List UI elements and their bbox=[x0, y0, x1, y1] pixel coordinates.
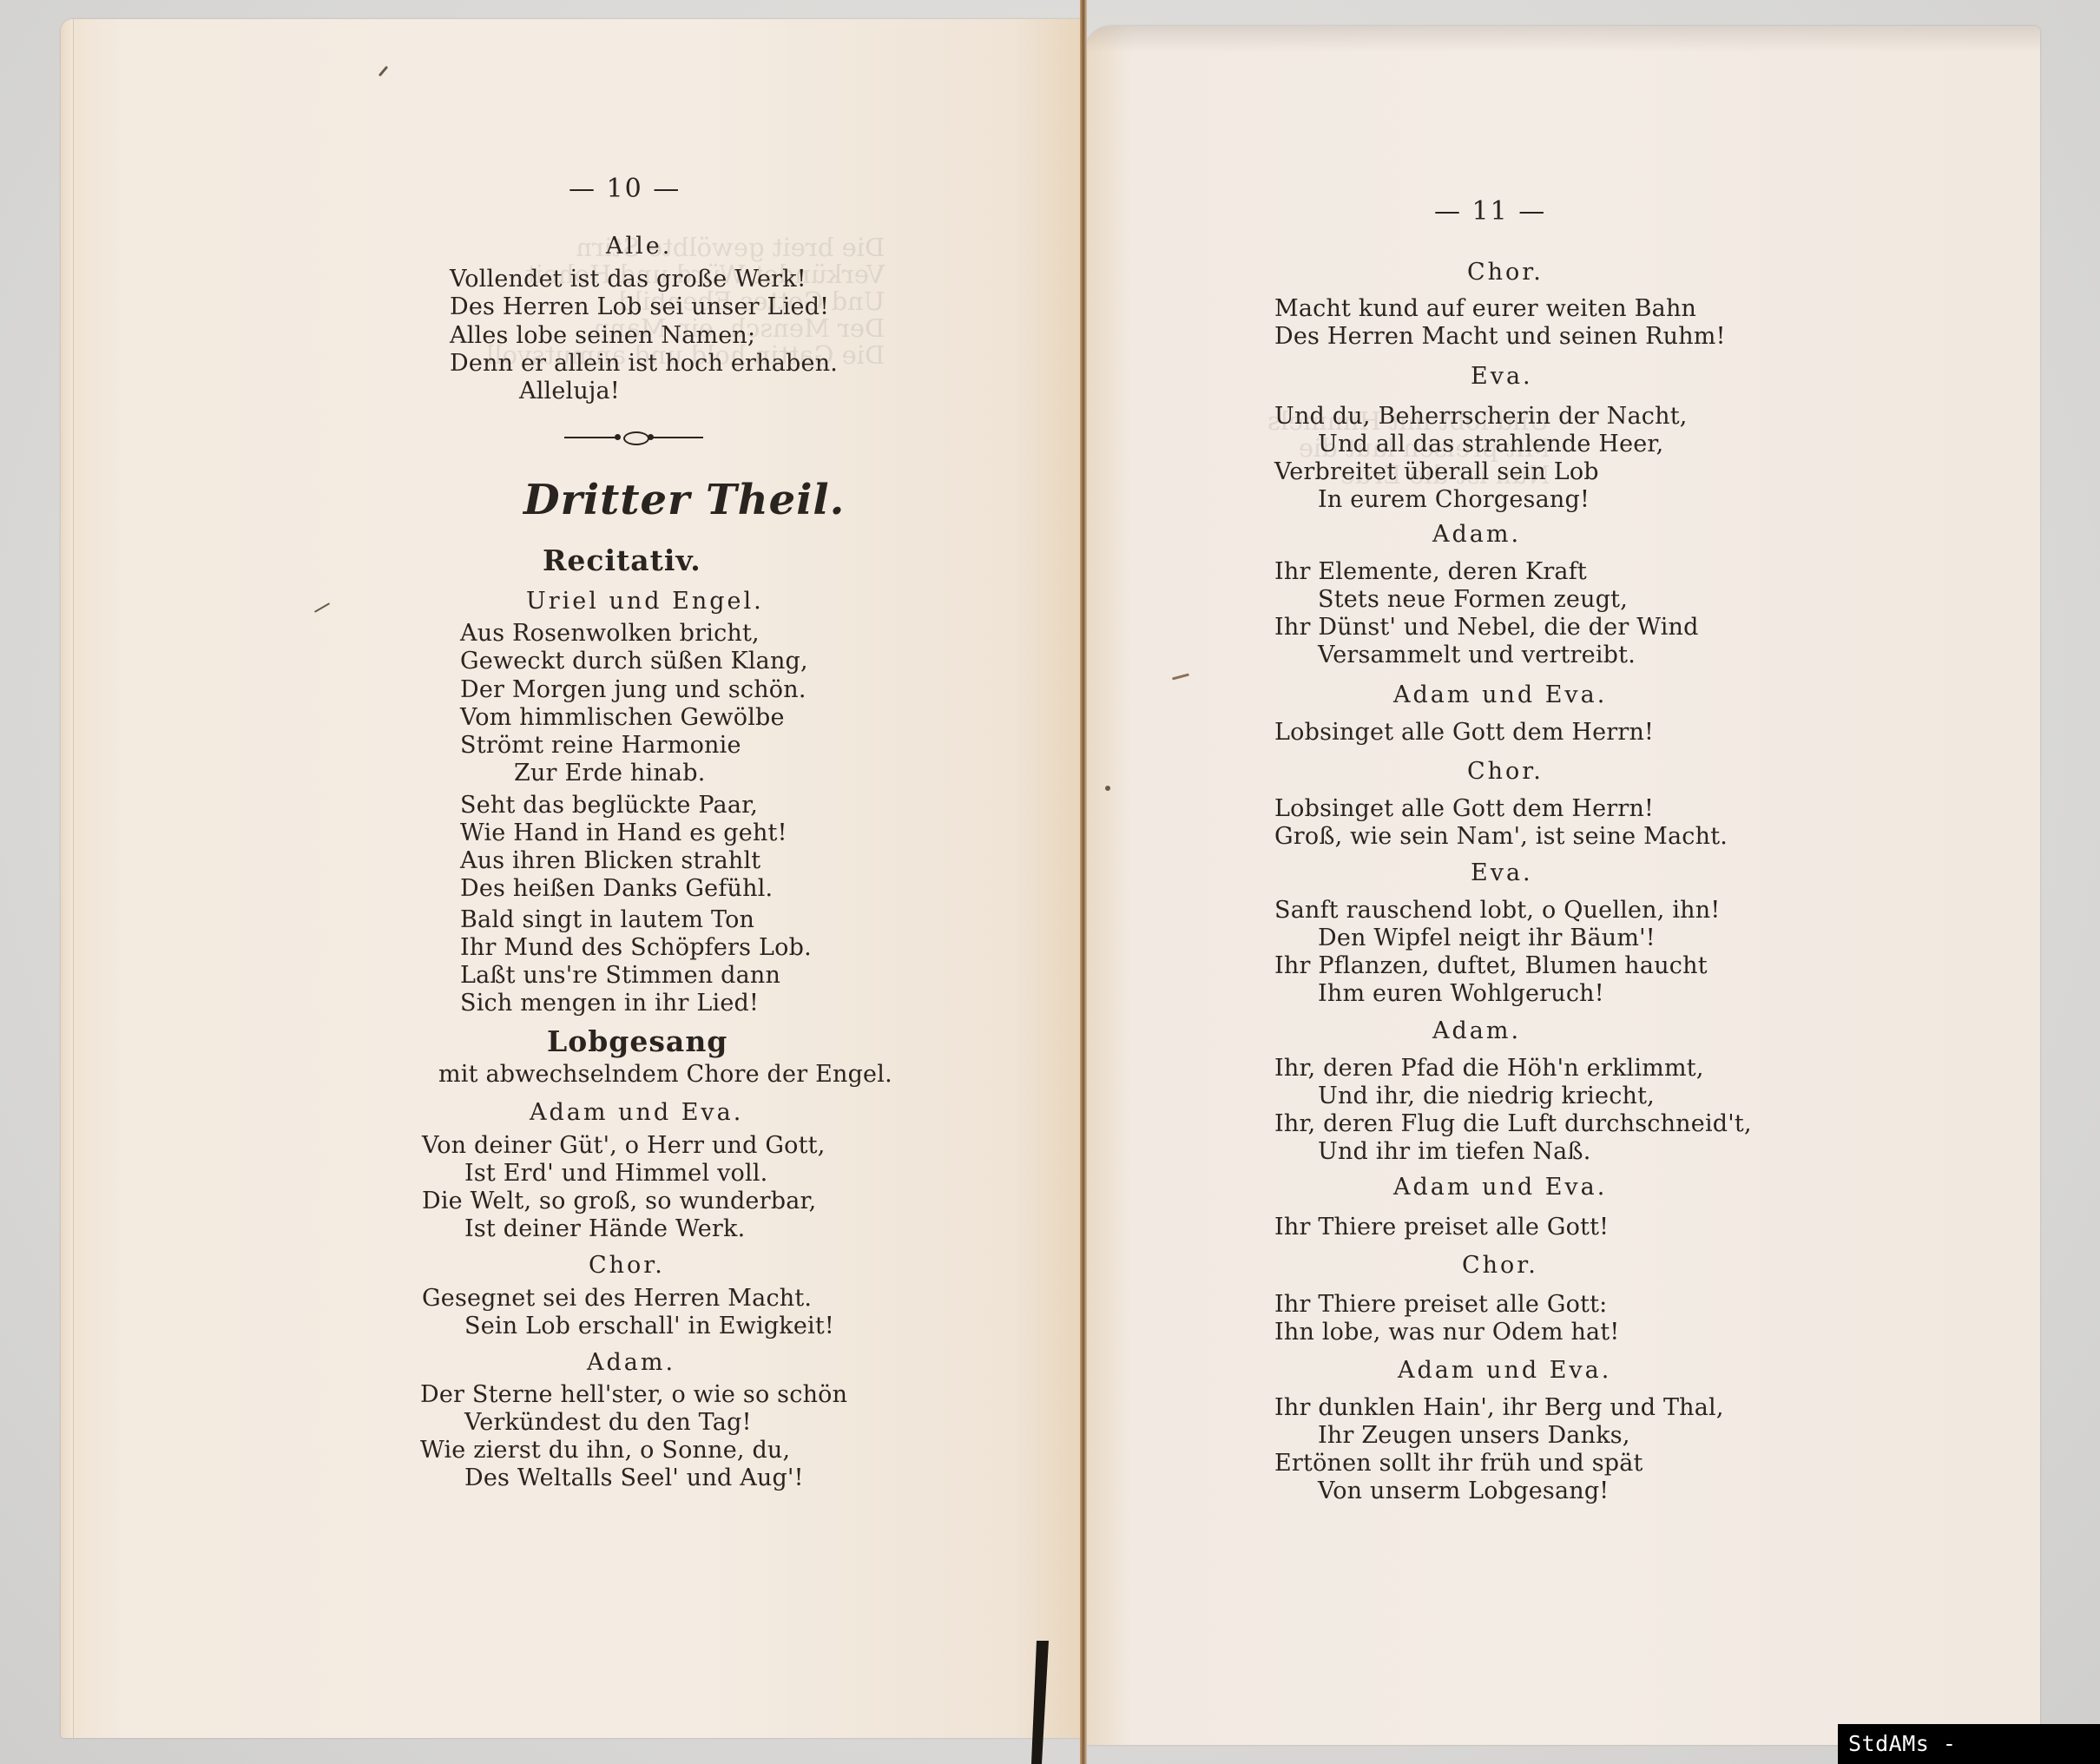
verse-line: Und all das strahlende Heer, bbox=[1318, 431, 1663, 457]
verse-line: Verkündest du den Tag! bbox=[464, 1409, 752, 1436]
speaker-label: Adam und Eva. bbox=[1393, 1174, 1607, 1201]
verse-line: Alleluja! bbox=[519, 378, 620, 405]
verse-line: Aus ihren Blicken strahlt bbox=[460, 847, 760, 874]
verse-line: Der Sterne hell'ster, o wie so schön bbox=[420, 1381, 847, 1408]
speaker-label: Adam und Eva. bbox=[530, 1099, 743, 1126]
verse-line: Macht kund auf eurer weiten Bahn bbox=[1274, 295, 1696, 322]
verse-line: Wie Hand in Hand es geht! bbox=[460, 819, 787, 846]
verse-line: Ihr Dünst' und Nebel, die der Wind bbox=[1274, 614, 1699, 641]
verse-line: Von unserm Lobgesang! bbox=[1318, 1478, 1609, 1504]
verse-line: Seht das beglückte Paar, bbox=[460, 792, 758, 819]
verse-line: Ihr Mund des Schöpfers Lob. bbox=[460, 934, 812, 961]
speaker-label: Eva. bbox=[1471, 363, 1533, 390]
verse-line: Ist deiner Hände Werk. bbox=[464, 1215, 745, 1242]
verse-line: Ertönen sollt ihr früh und spät bbox=[1274, 1450, 1643, 1477]
speaker-label: Adam. bbox=[1432, 1017, 1521, 1044]
verse-line: Des Herren Macht und seinen Ruhm! bbox=[1274, 323, 1726, 350]
verse-line: Und du, Beherrscherin der Nacht, bbox=[1274, 403, 1688, 430]
page-number-left: — 10 — bbox=[569, 175, 681, 202]
recitative-heading: Recitativ. bbox=[543, 547, 701, 574]
verse-line: Ihr, deren Pfad die Höh'n erklimmt, bbox=[1274, 1055, 1704, 1082]
verse-line: Des Weltalls Seel' und Aug'! bbox=[464, 1465, 804, 1491]
verse-line: Ihr Elemente, deren Kraft bbox=[1274, 558, 1587, 585]
verse-line: In eurem Chorgesang! bbox=[1318, 486, 1590, 513]
speaker-label: Chor. bbox=[589, 1252, 665, 1279]
verse-line: Sein Lob erschall' in Ewigkeit! bbox=[464, 1313, 834, 1339]
verse-line: Strömt reine Harmonie bbox=[460, 732, 741, 759]
verse-line: Stets neue Formen zeugt, bbox=[1318, 586, 1628, 613]
speaker-label: Alle. bbox=[606, 233, 672, 260]
speaker-label: Adam. bbox=[587, 1349, 675, 1376]
section-divider-ornament bbox=[564, 429, 703, 446]
verse-line: Denn er allein ist hoch erhaben. bbox=[450, 350, 838, 377]
verse-line: Den Wipfel neigt ihr Bäum'! bbox=[1318, 925, 1656, 951]
speaker-label: Chor. bbox=[1467, 758, 1544, 785]
speaker-label: Adam und Eva. bbox=[1393, 681, 1607, 708]
verse-line: Lobsinget alle Gott dem Herrn! bbox=[1274, 719, 1654, 746]
speaker-label: Chor. bbox=[1467, 259, 1544, 286]
left-page-stacked-edge bbox=[61, 19, 74, 1738]
speaker-label: Chor. bbox=[1462, 1252, 1538, 1279]
speaker-label: Eva. bbox=[1471, 859, 1533, 886]
verse-line: Laßt uns're Stimmen dann bbox=[460, 962, 780, 989]
verse-line: Ist Erd' und Himmel voll. bbox=[464, 1160, 767, 1187]
verse-line: Sanft rauschend lobt, o Quellen, ihn! bbox=[1274, 897, 1720, 924]
verse-line: Ihn lobe, was nur Odem hat! bbox=[1274, 1319, 1619, 1346]
verse-line: Groß, wie sein Nam', ist seine Macht. bbox=[1274, 823, 1728, 850]
verse-line: Aus Rosenwolken bricht, bbox=[460, 620, 760, 647]
verse-line: Von deiner Güt', o Herr und Gott, bbox=[422, 1132, 826, 1159]
verse-line: Ihr Zeugen unsers Danks, bbox=[1318, 1422, 1630, 1449]
hymn-heading: Lobgesang bbox=[547, 1028, 727, 1055]
speaker-label: Adam und Eva. bbox=[1398, 1357, 1611, 1384]
verse-line: Ihm euren Wohlgeruch! bbox=[1318, 980, 1604, 1007]
verse-line: Versammelt und vertreibt. bbox=[1318, 642, 1636, 668]
verse-line: Und ihr im tiefen Naß. bbox=[1318, 1138, 1591, 1165]
paper-speck bbox=[1105, 786, 1110, 791]
speaker-label: Adam. bbox=[1432, 521, 1521, 548]
verse-line: Vom himmlischen Gewölbe bbox=[460, 704, 785, 731]
verse-line: Verbreitet überall sein Lob bbox=[1274, 458, 1599, 485]
verse-line: Geweckt durch süßen Klang, bbox=[460, 648, 808, 675]
speaker-label: Uriel und Engel. bbox=[526, 588, 764, 615]
archive-id-label: StdAMs - MV_004_609 bbox=[1838, 1724, 2100, 1764]
verse-line: Gesegnet sei des Herren Macht. bbox=[422, 1285, 812, 1312]
hymn-subtitle: mit abwechselndem Chore der Engel. bbox=[438, 1061, 892, 1088]
verse-line: Zur Erde hinab. bbox=[514, 760, 705, 787]
verse-line: Lobsinget alle Gott dem Herrn! bbox=[1274, 795, 1654, 822]
right-page-curl-shadow bbox=[1085, 26, 2040, 52]
verse-line: Des Herren Lob sei unser Lied! bbox=[450, 293, 829, 320]
book-gutter bbox=[1080, 0, 1087, 1764]
verse-line: Ihr Pflanzen, duftet, Blumen haucht bbox=[1274, 952, 1708, 979]
page-number-right: — 11 — bbox=[1434, 198, 1546, 225]
verse-line: Ihr dunklen Hain', ihr Berg und Thal, bbox=[1274, 1394, 1724, 1421]
verse-line: Sich mengen in ihr Lied! bbox=[460, 990, 759, 1017]
verse-line: Die Welt, so groß, so wunderbar, bbox=[422, 1188, 816, 1214]
part-title: Dritter Theil. bbox=[523, 476, 845, 524]
verse-line: Wie zierst du ihn, o Sonne, du, bbox=[420, 1437, 790, 1464]
verse-line: Ihr Thiere preiset alle Gott: bbox=[1274, 1291, 1607, 1318]
verse-line: Ihr, deren Flug die Luft durchschneid't, bbox=[1274, 1110, 1752, 1137]
verse-line: Alles lobe seinen Namen; bbox=[450, 322, 755, 349]
verse-line: Ihr Thiere preiset alle Gott! bbox=[1274, 1214, 1609, 1241]
verse-line: Und ihr, die niedrig kriecht, bbox=[1318, 1083, 1655, 1109]
verse-line: Bald singt in lautem Ton bbox=[460, 906, 754, 933]
verse-line: Der Morgen jung und schön. bbox=[460, 676, 806, 703]
verse-line: Vollendet ist das große Werk! bbox=[450, 266, 806, 293]
verse-line: Des heißen Danks Gefühl. bbox=[460, 875, 773, 902]
